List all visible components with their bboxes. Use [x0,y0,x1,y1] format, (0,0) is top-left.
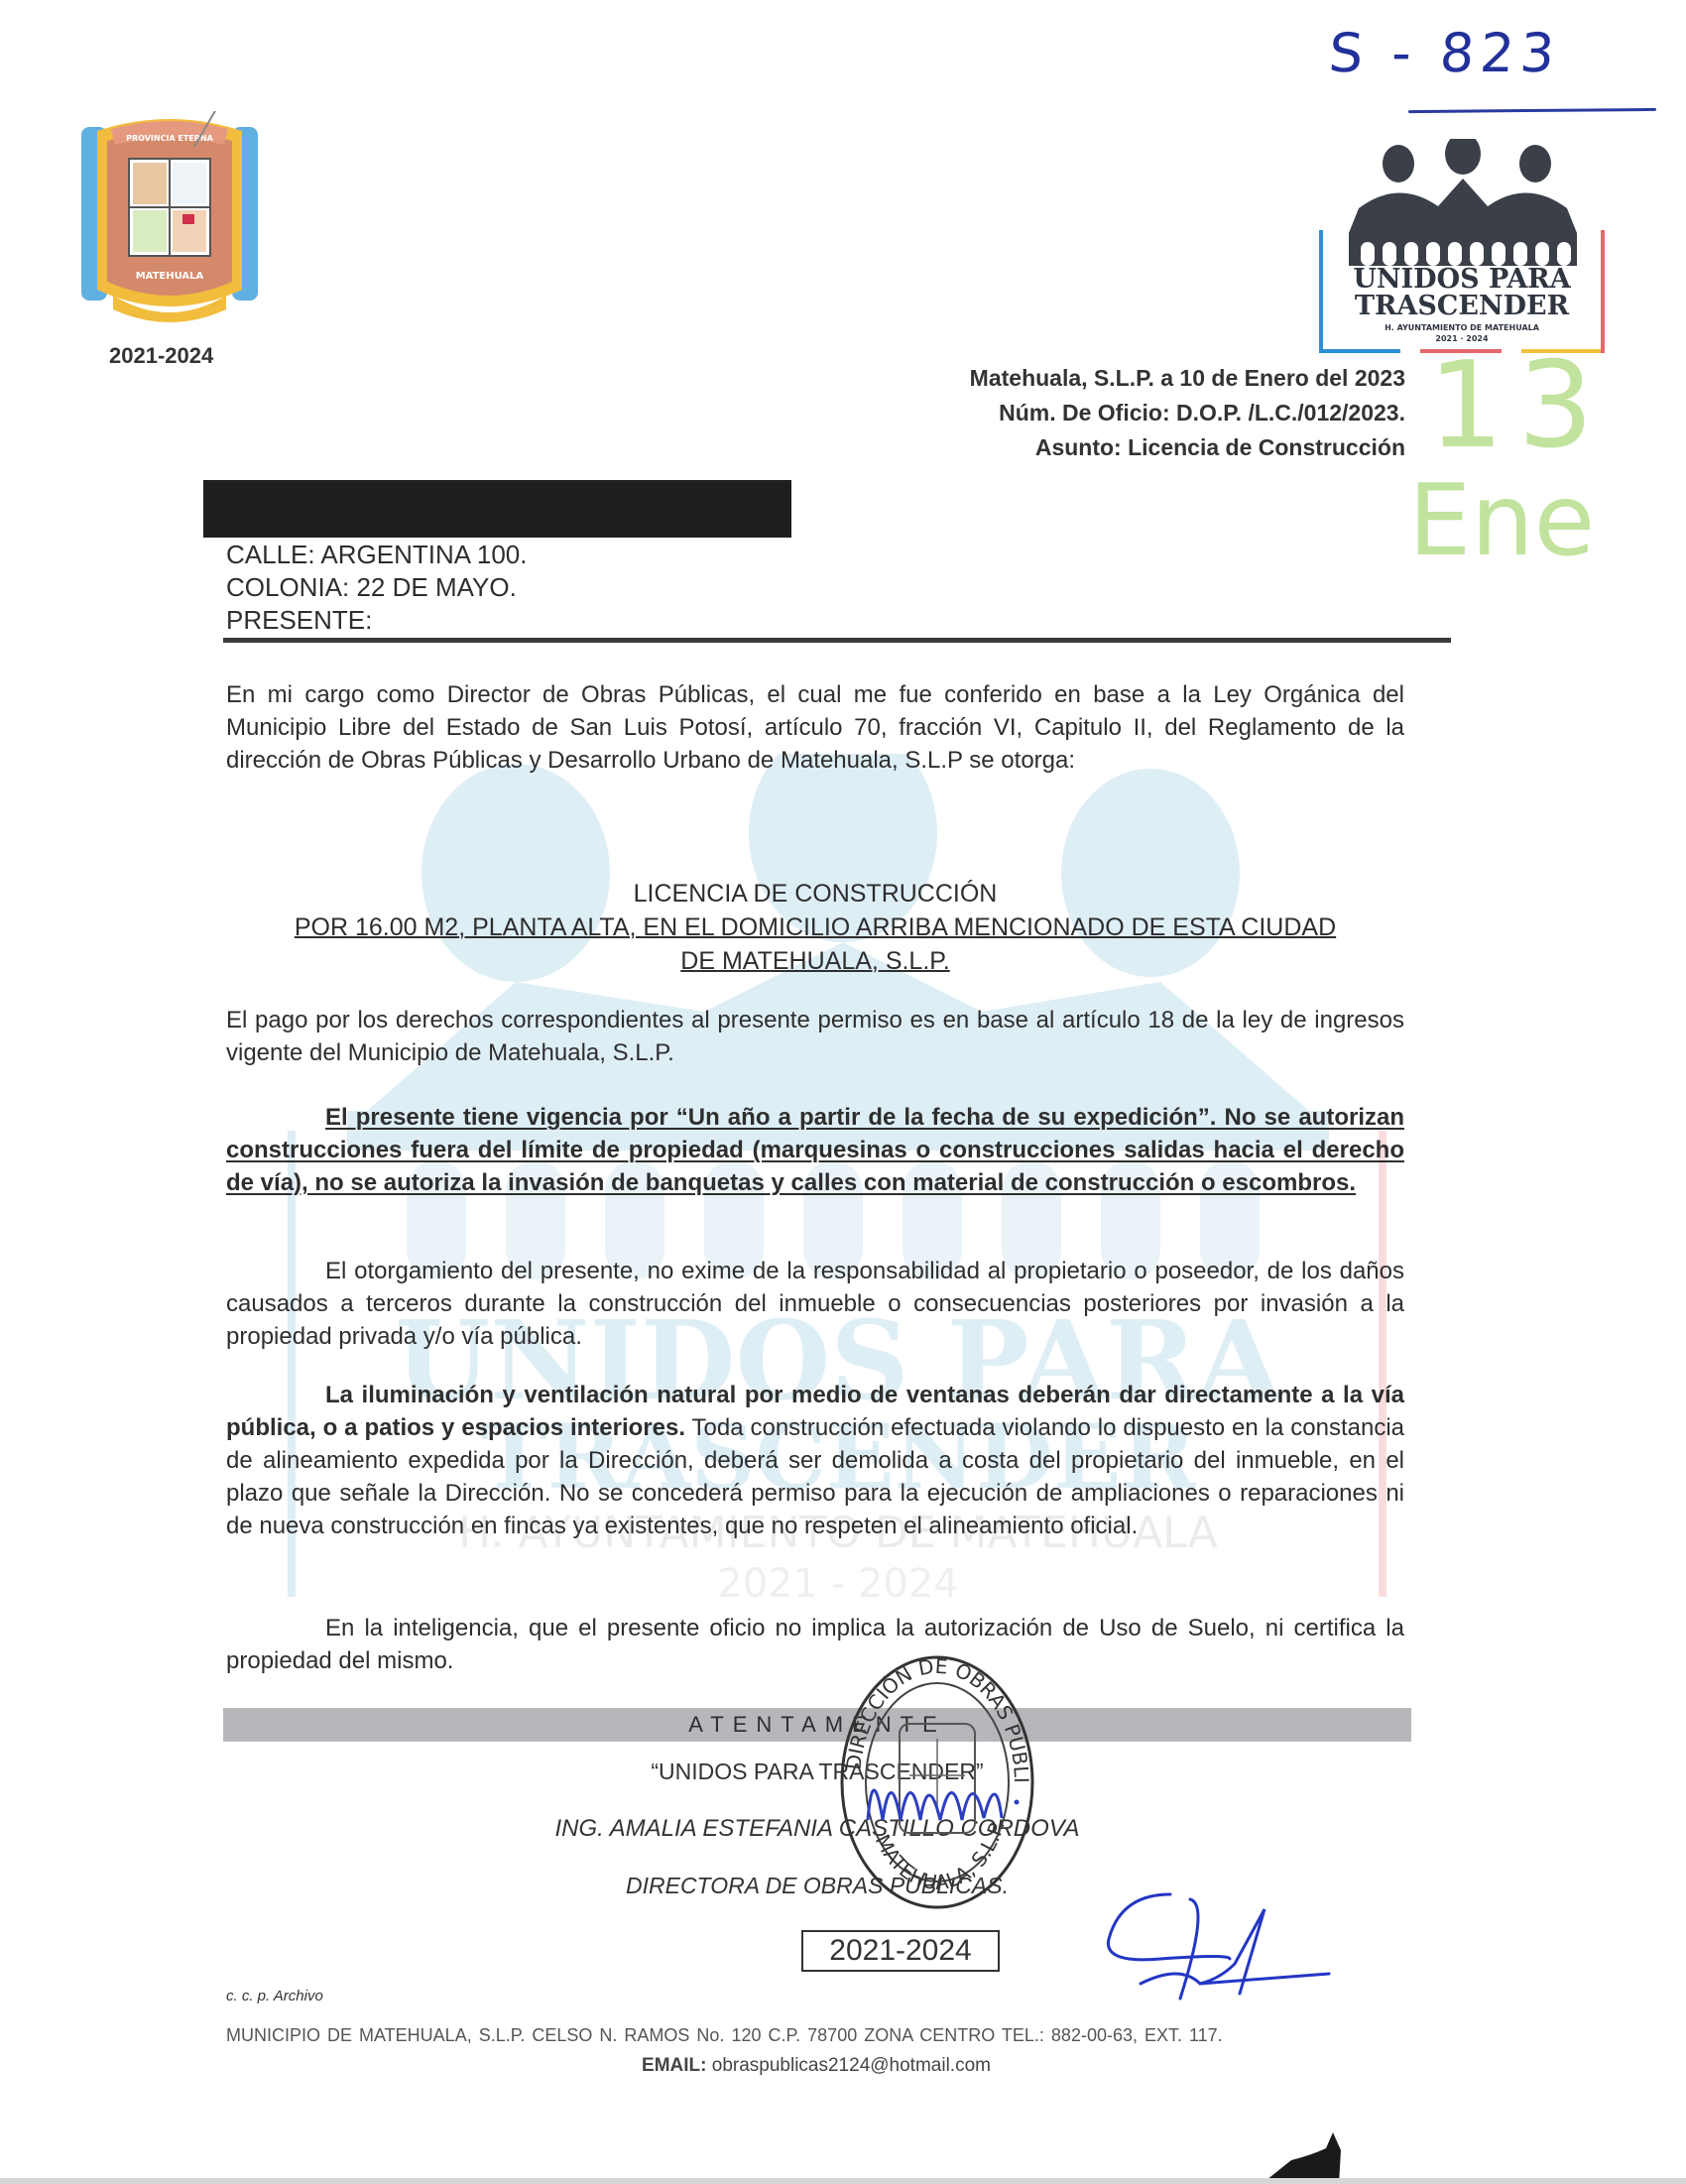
recipient-address: CALLE: ARGENTINA 100. COLONIA: 22 DE MAY… [226,539,527,637]
atentamente-bar: ATENTAMENTE [223,1708,1411,1742]
header-divider [223,638,1451,643]
date-block: Matehuala, S.L.P. a 10 de Enero del 2023… [970,361,1405,465]
logo-title-line2: TRASCENDER [1347,293,1577,320]
scan-bottom-edge [0,2178,1686,2184]
license-detail-line1-wrap: POR 16.00 M2, PLANTA ALTA, EN EL DOMICIL… [226,910,1404,944]
shield-label: MATEHUALA [136,271,204,282]
recipient-colonia: COLONIA: 22 DE MAYO. [226,571,527,604]
handwritten-reference-number: S - 823 [1327,22,1563,84]
oficio-number: Núm. De Oficio: D.O.P. /L.C./012/2023. [970,396,1405,430]
logo-subtitle: H. AYUNTAMIENTO DE MATEHUALA [1347,323,1577,332]
validity-paragraph-wrap: El presente tiene vigencia por “Un año a… [226,1101,1404,1199]
footer-email-address[interactable]: obraspublicas2124@hotmail.com [712,2055,991,2076]
license-detail-line1: POR 16.00 M2, PLANTA ALTA, EN EL DOMICIL… [295,913,1336,941]
land-use-paragraph: En la inteligencia, que el presente ofic… [226,1612,1404,1677]
recipient-presente: PRESENTE: [226,604,527,637]
liability-paragraph: El otorgamiento del presente, no exime d… [226,1255,1404,1353]
license-title: LICENCIA DE CONSTRUCCIÓN [226,877,1404,910]
footer-address: MUNICIPIO DE MATEHUALA, S.L.P. CELSO N. … [226,2025,1406,2046]
seal-year: 2021-2024 [801,1930,1000,1972]
ccp-archivo: c. c. p. Archivo [226,1988,323,2004]
received-day: 13 [1428,347,1608,466]
subject: Asunto: Licencia de Construcción [970,430,1405,465]
signature-icon [1101,1884,1359,2008]
received-month: Ene [1408,466,1608,575]
received-stamp: 13 Ene [1428,347,1608,575]
footer-email: EMAIL: obraspublicas2124@hotmail.com [226,2055,1406,2077]
scan-artifact-blob [1252,2130,1351,2184]
place-date: Matehuala, S.L.P. a 10 de Enero del 2023 [970,361,1405,396]
footer-email-label: EMAIL: [642,2055,706,2076]
logo-title-line1: UNIDOS PARA [1347,266,1577,294]
municipal-shield-logo: PROVINCIA ETERNA MATEHUALA [77,111,262,329]
unidos-para-trascender-logo: UNIDOS PARA TRASCENDER H. AYUNTAMIENTO D… [1319,139,1607,355]
signer-name: ING. AMALIA ESTEFANIA CASTILLO CORDOVA [223,1815,1411,1843]
license-detail-line2-wrap: DE MATEHUALA, S.L.P. [226,944,1404,978]
license-detail-line2: DE MATEHUALA, S.L.P. [680,947,949,975]
handwritten-underline [1408,108,1656,113]
blue-initials-icon [863,1760,1022,1830]
lighting-paragraph: La iluminación y ventilación natural por… [226,1379,1404,1542]
validity-paragraph: El presente tiene vigencia por “Un año a… [226,1104,1404,1196]
recipient-street: CALLE: ARGENTINA 100. [226,539,527,571]
redacted-recipient-name [203,480,791,538]
intro-paragraph: En mi cargo como Director de Obras Públi… [226,678,1404,777]
municipal-term: 2021-2024 [109,343,213,369]
svg-text:2021 - 2024: 2021 - 2024 [717,1561,958,1607]
payment-paragraph: El pago por los derechos correspondiente… [226,1004,1404,1069]
closing-motto: “UNIDOS PARA TRASCENDER” [223,1759,1411,1785]
